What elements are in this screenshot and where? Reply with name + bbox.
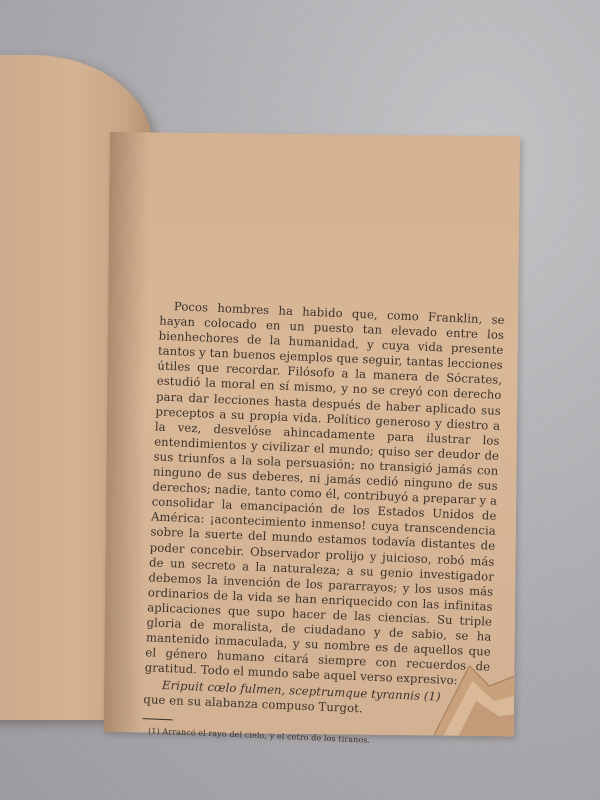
footnote-rule <box>143 718 173 720</box>
photo-scene: Pocos hombres ha habido que, como Frankl… <box>0 0 600 800</box>
folded-corner <box>414 645 515 736</box>
body-paragraph: Pocos hombres ha habido que, como Frankl… <box>144 299 504 690</box>
right-page: Pocos hombres ha habido que, como Frankl… <box>104 132 520 736</box>
gutter-shadow <box>104 132 150 732</box>
